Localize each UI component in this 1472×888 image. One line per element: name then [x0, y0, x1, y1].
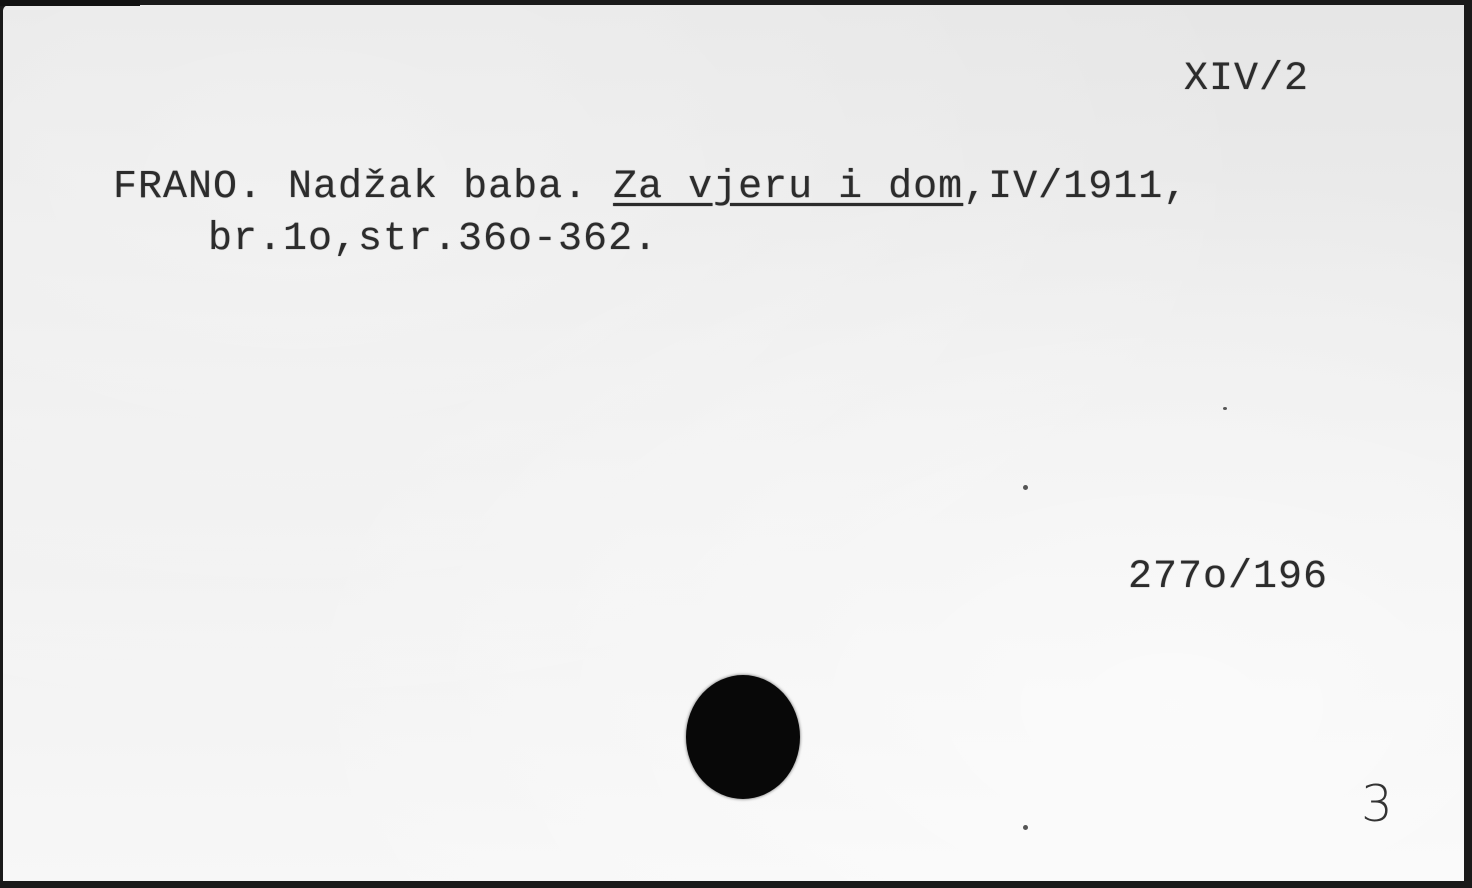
classmark: XIV/2: [1184, 57, 1309, 102]
catalog-card: XIV/2 FRANO. Nadžak baba. Za vjeru i dom…: [3, 5, 1464, 881]
entry-line-1: FRANO. Nadžak baba. Za vjeru i dom,IV/19…: [113, 165, 1188, 210]
handwritten-number: 3: [1361, 775, 1393, 833]
entry-journal: Za vjeru i dom: [613, 165, 963, 210]
accession-number: 277o/196: [1128, 555, 1328, 600]
entry-author: FRANO.: [113, 165, 263, 210]
ink-speck: [1023, 825, 1028, 830]
entry-title: Nadžak baba.: [288, 165, 588, 210]
punch-hole-icon: [686, 675, 800, 799]
entry-issue: ,IV/1911,: [963, 165, 1188, 210]
card-edge-shadow: [0, 0, 140, 6]
ink-speck: [1023, 485, 1028, 490]
ink-speck: [1223, 407, 1227, 410]
entry-details: br.1o,str.36o-362.: [208, 217, 658, 262]
